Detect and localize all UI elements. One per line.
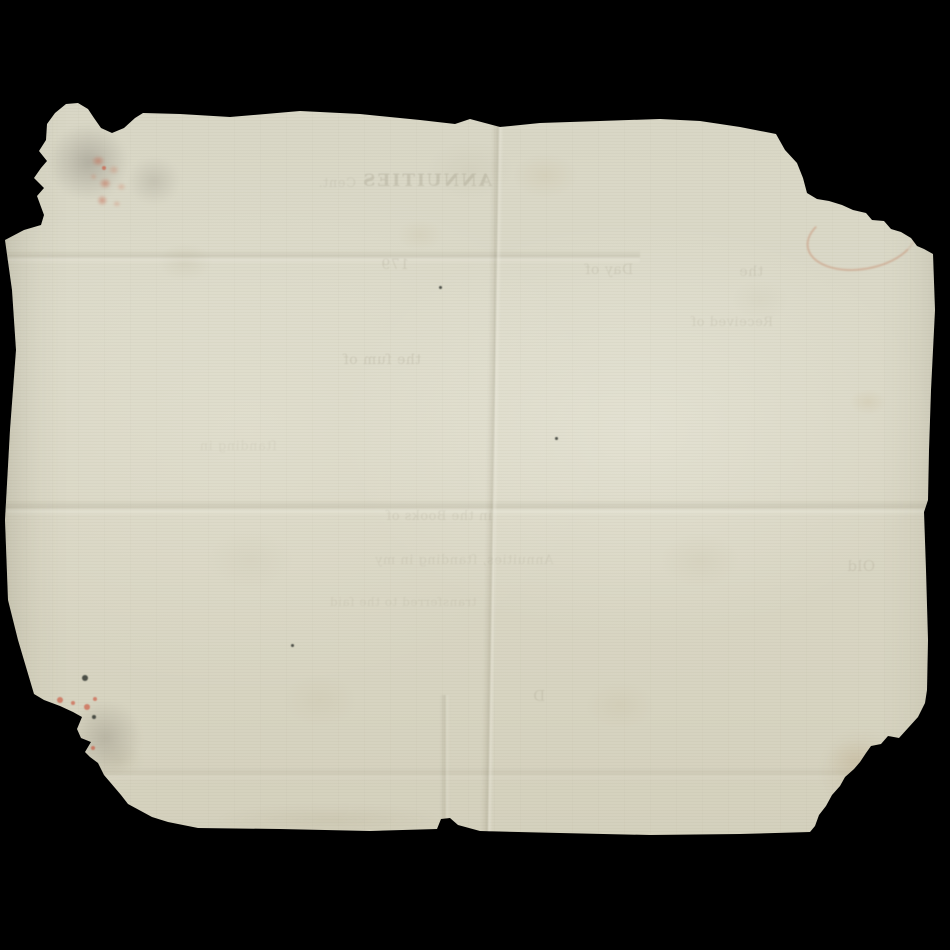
age-stain-7 xyxy=(410,128,530,212)
stain-layer xyxy=(0,0,950,950)
red-speck-2 xyxy=(84,704,90,710)
fold-crease-vertical-center xyxy=(480,112,505,838)
fold-crease-vertical-bottom xyxy=(440,695,450,835)
red-speck-6 xyxy=(102,166,106,170)
age-stain-5 xyxy=(572,671,668,738)
photo-background: ANNUITIESCent.theDay of179Received ofthe… xyxy=(0,0,950,950)
age-stain-0 xyxy=(500,144,590,207)
ghost-text-line-d: D xyxy=(528,688,550,705)
dark-speck-1 xyxy=(92,715,96,719)
dark-speck-3 xyxy=(291,644,294,647)
damage-layer xyxy=(0,0,950,950)
red-speck-4 xyxy=(93,697,97,701)
ghost-text-line-standing-in: ſtanding in xyxy=(192,440,284,454)
damage-patch-edge-stain-bottom xyxy=(180,800,480,840)
ghost-text-line-the: the xyxy=(731,265,771,280)
ghost-text-line-old: Old xyxy=(838,558,884,575)
age-stain-4 xyxy=(645,522,755,599)
damage-patch-torn-flap-grey-top-left xyxy=(36,112,141,212)
red-speck-3 xyxy=(64,710,68,714)
fold-crease-horizontal-lower xyxy=(40,768,900,780)
ghost-text-line-day-of: Day of xyxy=(576,263,642,278)
ghost-text-line-received-of: Received of xyxy=(690,316,774,330)
age-stain-9 xyxy=(720,272,800,328)
age-stain-8 xyxy=(190,518,310,602)
age-stain-6 xyxy=(268,664,372,737)
wax-seal-residue-top-left xyxy=(82,146,140,214)
dark-speck-0 xyxy=(82,675,88,681)
ghost-text-title-annuities: ANNUITIES xyxy=(370,172,492,191)
ghost-text-layer: ANNUITIESCent.theDay of179Received ofthe… xyxy=(0,0,950,950)
dark-speck-2 xyxy=(439,286,442,289)
seal-ring-imprint-top-right xyxy=(801,197,922,279)
fold-crease-horizontal-upper xyxy=(0,250,640,264)
red-speck-1 xyxy=(71,701,75,705)
dark-speck-5 xyxy=(839,119,842,122)
ghost-text-line-annuities-standing: Annuities, ſtanding in my xyxy=(358,554,570,568)
seal-layer xyxy=(0,0,950,950)
red-speck-5 xyxy=(91,746,95,750)
ghost-text-line-transferred: transferred to the ſaid xyxy=(328,596,478,609)
age-stain-3 xyxy=(842,384,894,420)
speck-layer xyxy=(0,0,950,950)
fold-crease-horizontal-middle xyxy=(0,500,950,516)
dark-speck-4 xyxy=(555,437,558,440)
aged-paper-document: ANNUITIESCent.theDay of179Received ofthe… xyxy=(0,0,950,950)
damage-patch-thin-paper-grey-top-left xyxy=(120,150,188,212)
ghost-text-line-the-sum-of: the ſum of xyxy=(336,353,428,368)
red-speck-0 xyxy=(57,697,63,703)
ghost-text-title-cent: Cent. xyxy=(312,177,362,191)
